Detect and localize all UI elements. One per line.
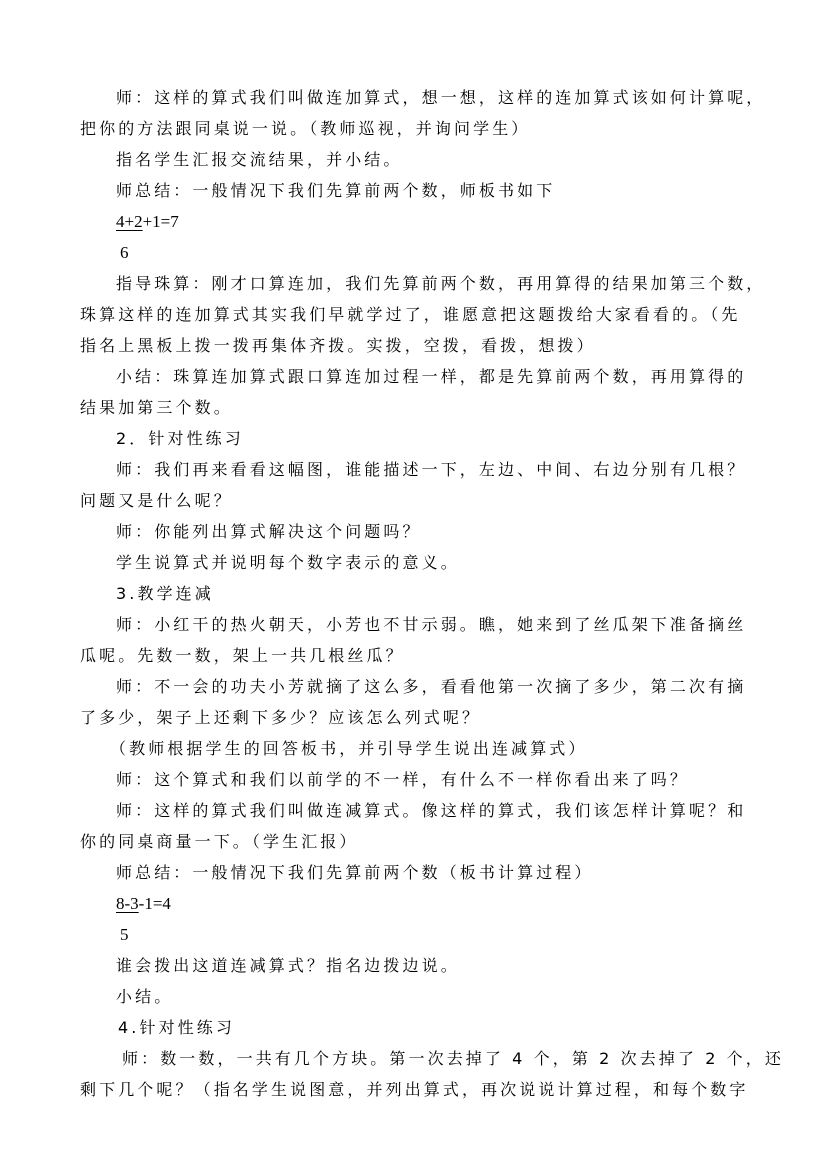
paragraph-line: 谁会拨出这道连减算式？指名边拨边说。 — [80, 950, 768, 981]
equation-rest: -1=4 — [139, 894, 171, 913]
equation-line: 4+2+1=7 — [80, 206, 768, 237]
equation-line: 8-3-1=4 — [80, 888, 768, 919]
paragraph-line: 师：你能列出算式解决这个问题吗？ — [80, 516, 768, 547]
paragraph-line: 小结。 — [80, 981, 768, 1012]
paragraph-line: 学生说算式并说明每个数字表示的意义。 — [80, 547, 768, 578]
paragraph-line: 你的同桌商量一下。（学生汇报） — [80, 826, 768, 857]
equation-intermediate-result: 6 — [80, 237, 768, 268]
paragraph-line: 小结：珠算连加算式跟口算连加过程一样，都是先算前两个数，再用算得的 — [80, 361, 768, 392]
section-heading: 4.针对性练习 — [80, 1012, 768, 1043]
paragraph-line: 师总结：一般情况下我们先算前两个数，师板书如下 — [80, 175, 768, 206]
paragraph-line: 把你的方法跟同桌说一说。（教师巡视，并询问学生） — [80, 113, 768, 144]
paragraph-line: 师：小红干的热火朝天，小芳也不甘示弱。瞧，她来到了丝瓜架下准备摘丝 — [80, 609, 768, 640]
paragraph-line: 珠算这样的连加算式其实我们早就学过了，谁愿意把这题拨给大家看看的。（先 — [80, 299, 768, 330]
paragraph-line: 师：这样的算式我们叫做连减算式。像这样的算式，我们该怎样计算呢？和 — [80, 795, 768, 826]
paragraph-line: 师：不一会的功夫小芳就摘了这么多，看看他第一次摘了多少，第二次有摘 — [80, 671, 768, 702]
paragraph-line: 指名上黑板上拨一拨再集体齐拨。实拨，空拨，看拨，想拨） — [80, 330, 768, 361]
paragraph-line: 师：我们再来看看这幅图，谁能描述一下，左边、中间、右边分别有几根？ — [80, 454, 768, 485]
paragraph-line: （教师根据学生的回答板书，并引导学生说出连减算式） — [80, 733, 768, 764]
paragraph-line: 师：数一数，一共有几个方块。第一次去掉了 4 个，第 2 次去掉了 2 个，还 — [80, 1043, 768, 1074]
paragraph-line: 结果加第三个数。 — [80, 392, 768, 423]
equation-intermediate-result: 5 — [80, 919, 768, 950]
paragraph-line: 瓜呢。先数一数，架上一共几根丝瓜？ — [80, 640, 768, 671]
paragraph-line: 剩下几个呢？（指名学生说图意，并列出算式，再次说说计算过程，和每个数字 — [80, 1074, 768, 1105]
equation-rest: +1=7 — [143, 212, 179, 231]
paragraph-line: 了多少，架子上还剩下多少？应该怎么列式呢？ — [80, 702, 768, 733]
paragraph-line: 师：这样的算式我们叫做连加算式，想一想，这样的连加算式该如何计算呢， — [80, 82, 768, 113]
paragraph-line: 问题又是什么呢？ — [80, 485, 768, 516]
paragraph-line: 师：这个算式和我们以前学的不一样，有什么不一样你看出来了吗？ — [80, 764, 768, 795]
section-heading: 3.教学连减 — [80, 578, 768, 609]
paragraph-line: 师总结：一般情况下我们先算前两个数（板书计算过程） — [80, 857, 768, 888]
document-page: 师：这样的算式我们叫做连加算式，想一想，这样的连加算式该如何计算呢， 把你的方法… — [80, 82, 768, 1105]
paragraph-line: 指导珠算：刚才口算连加，我们先算前两个数，再用算得的结果加第三个数， — [80, 268, 768, 299]
section-heading: 2．针对性练习 — [80, 423, 768, 454]
equation-underlined-part: 8-3 — [116, 894, 139, 913]
equation-underlined-part: 4+2 — [116, 212, 143, 231]
paragraph-line: 指名学生汇报交流结果，并小结。 — [80, 144, 768, 175]
